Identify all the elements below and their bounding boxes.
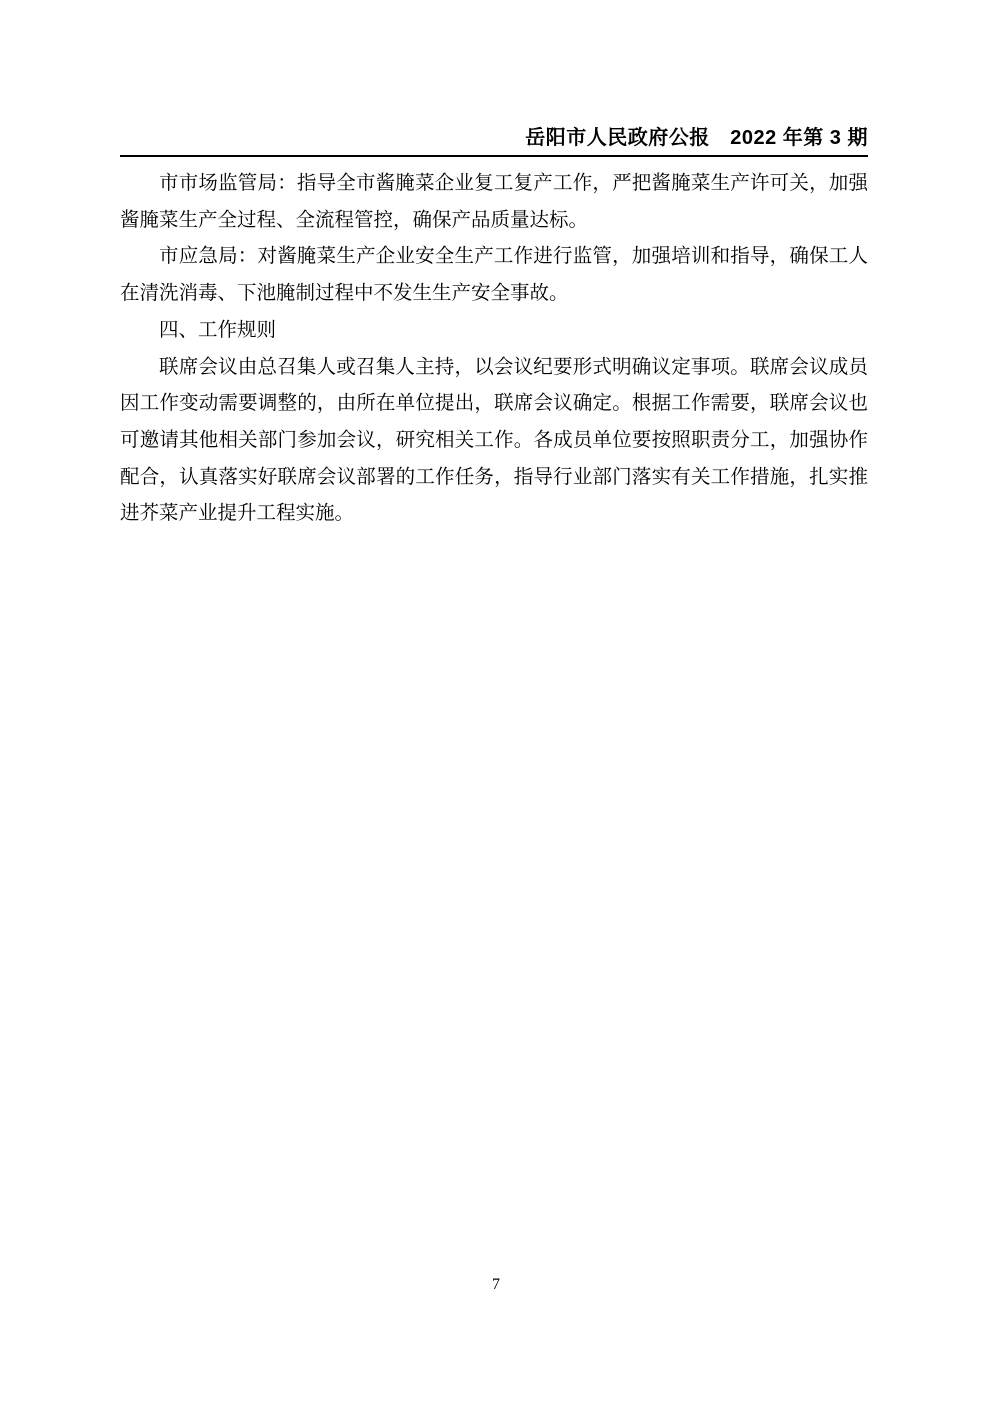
body-paragraph: 联席会议由总召集人或召集人主持，以会议纪要形式明确议定事项。联席会议成员因工作变… [120, 350, 868, 534]
document-body: 市市场监管局：指导全市酱腌菜企业复工复产工作，严把酱腌菜生产许可关，加强酱腌菜生… [120, 166, 868, 533]
page-number: 7 [492, 1276, 500, 1293]
page-footer: 7 [0, 1276, 992, 1294]
section-heading: 四、工作规则 [120, 313, 868, 350]
body-paragraph: 市市场监管局：指导全市酱腌菜企业复工复产工作，严把酱腌菜生产许可关，加强酱腌菜生… [120, 166, 868, 239]
page-header: 岳阳市人民政府公报 2022 年第 3 期 [120, 0, 868, 157]
header-title: 岳阳市人民政府公报 2022 年第 3 期 [120, 126, 868, 150]
document-page: 岳阳市人民政府公报 2022 年第 3 期 市市场监管局：指导全市酱腌菜企业复工… [0, 0, 992, 1403]
body-paragraph: 市应急局：对酱腌菜生产企业安全生产工作进行监管，加强培训和指导，确保工人在清洗消… [120, 239, 868, 312]
